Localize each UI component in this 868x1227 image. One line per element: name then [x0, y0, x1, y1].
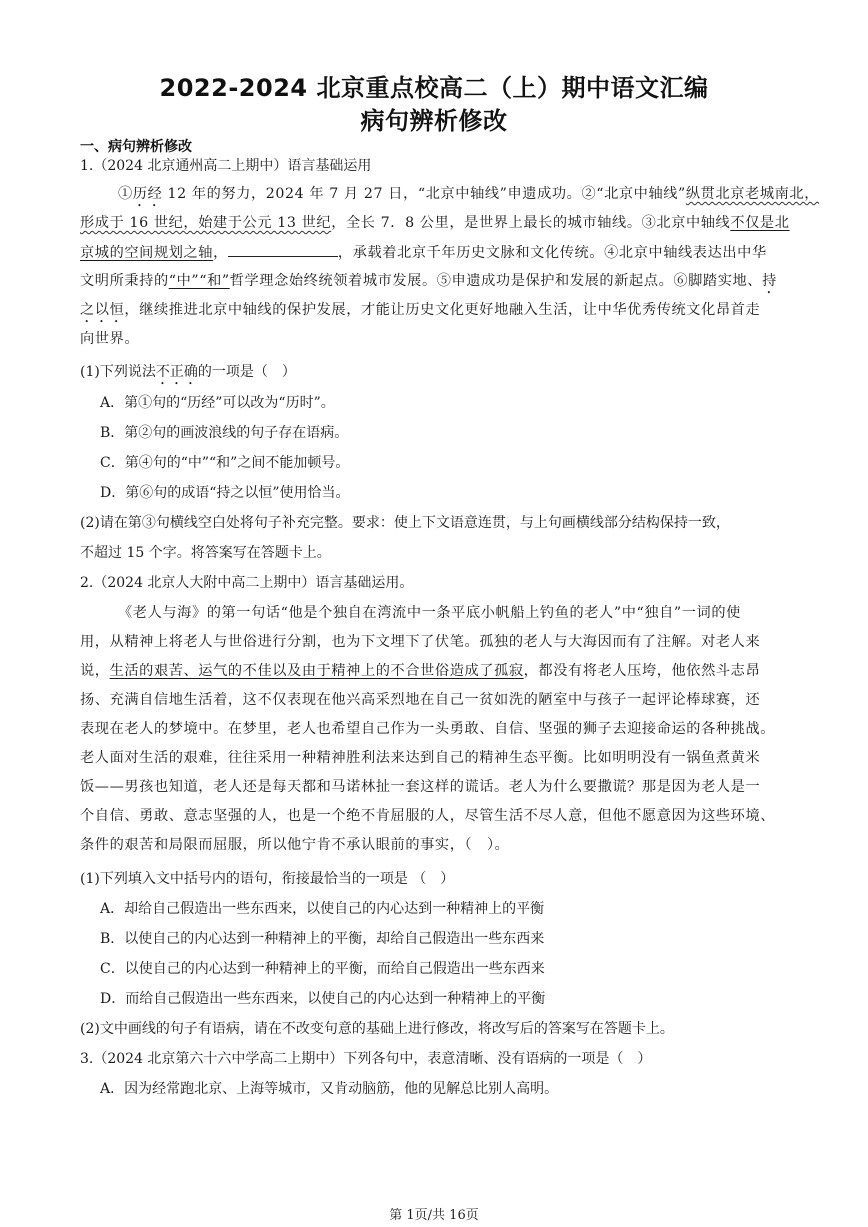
q1-option-b: B．第②句的画波浪线的句子存在语病。	[100, 423, 348, 443]
q1-passage-line-3: 京城的空间规划之轴，，承载着北京千年历史文脉和文化传统。④北京中轴线表达出中华	[80, 242, 767, 263]
text: ，全长 7．8 公里，是世界上最长的城市轴线。③北京中轴线	[331, 215, 730, 231]
q1-passage-line-2: 形成于 16 世纪，始建于公元 13 世纪，全长 7．8 公里，是世界上最长的城…	[80, 213, 790, 233]
q1-option-d: D．第⑥句的成语“持之以恒”使用恰当。	[100, 483, 350, 503]
emphasis-dots-text: 之以恒	[80, 302, 124, 318]
q2-sub2-prompt: (2)文中画线的句子有语病，请在不改变句意的基础上进行修改，将改写后的答案写在答…	[80, 1019, 674, 1039]
q2-passage-line-3: 说，生活的艰苦、运气的不佳以及由于精神上的不合世俗造成了孤寂，都没有将老人压垮，…	[80, 661, 760, 681]
q2-option-a: A．却给自己假造出一些东西来，以使自己的内心达到一种精神上的平衡	[100, 899, 544, 919]
q2-passage-line-1: 《老人与海》的第一句话“他是个独自在湾流中一条平底小帆船上钓鱼的老人”中“独自”…	[118, 603, 741, 623]
q2-passage-line-2: 用，从精神上将老人与世俗进行分割，也为下文埋下了伏笔。孤独的老人与大海因而有了注…	[80, 632, 760, 652]
underlined-text: 生活的艰苦、运气的不佳以及由于精神上的不合世俗造成了孤寂	[110, 663, 524, 679]
emphasis-dots-text: 不正确	[156, 364, 198, 380]
q3-header: 3.（2024 北京第六十六中学高二上期中）下列各句中，表意清晰、没有语病的一项…	[80, 1049, 651, 1069]
q1-passage-line-4: 文明所秉持的“中”“和”哲学理念始终统领着城市发展。⑤申遗成功是保护和发展的新起…	[80, 271, 777, 297]
q2-header: 2.（2024 北京人大附中高二上期中）语言基础运用。	[80, 573, 413, 593]
q2-option-c: C．以使自己的内心达到一种精神上的平衡，而给自己假造出一些东西来	[100, 959, 545, 979]
text: 说，	[80, 663, 110, 679]
text: (1)下列说法	[80, 364, 156, 380]
q2-passage-line-6: 老人面对生活的艰难，往往采用一种精神胜利法来达到自己的精神生态平衡。比如明明没有…	[80, 748, 760, 768]
text: ，继续推进北京中轴线的保护发展，才能让历史文化更好地融入生活，让中华优秀传统文化…	[124, 302, 760, 318]
text: 12 年的努力，2024 年 7 月 27 日，“北京中轴线”申遗成功。②“北京…	[162, 186, 686, 202]
wavy-underlined-text: 形成于 16 世纪，始建于公元 13 世纪	[80, 215, 331, 231]
underlined-text: 京城的空间规划之轴	[80, 245, 213, 261]
underlined-text: 不仅是北	[730, 215, 789, 231]
text: 的一项是（ ）	[198, 364, 296, 380]
underlined-text: “中”“和”	[169, 273, 230, 289]
q1-option-a: A．第①句的“历经”可以改为“历时”。	[100, 393, 335, 413]
text: 文明所秉持的	[80, 273, 169, 289]
wavy-underlined-text: 纵贯北京老城南北，	[686, 186, 819, 202]
q3-option-a: A．因为经常跑北京、上海等城市，又肯动脑筋，他的见解总比别人高明。	[100, 1079, 558, 1099]
page-indicator: 第 1页/共 16页	[0, 1204, 868, 1223]
q2-sub1-prompt: (1)下列填入文中括号内的语句，衔接最恰当的一项是 （ ）	[80, 869, 454, 889]
q1-sub1-prompt: (1)下列说法不正确的一项是（ ）	[80, 362, 296, 388]
q2-passage-line-5: 表现在老人的梦境中。在梦里，老人也希望自己作为一头勇敢、自信、坚强的狮子去迎接命…	[80, 719, 775, 739]
text: 哲学理念始终统领着城市发展。⑤申遗成功是保护和发展的新起点。⑥脚踏实地、	[230, 273, 762, 289]
q2-passage-line-9: 条件的艰苦和局限而屈服，所以他宁肯不承认眼前的事实，（ ）。	[80, 835, 509, 855]
q2-passage-line-4: 扬、充满自信地生活着，这不仅表现在他兴高采烈地在自己一贫如洗的陋室中与孩子一起评…	[80, 690, 760, 710]
q1-passage-line-1: ①历经 12 年的努力，2024 年 7 月 27 日，“北京中轴线”申遗成功。…	[118, 184, 819, 210]
emphasis-dots-text: 持	[762, 273, 777, 289]
q2-option-d: D．而给自己假造出一些东西来，以使自己的内心达到一种精神上的平衡	[100, 989, 545, 1009]
document-title: 2022-2024 北京重点校高二（上）期中语文汇编	[0, 68, 868, 103]
q1-sub2-line-1: (2)请在第③句横线空白处将句子补充完整。要求：使上下文语意连贯，与上句画横线部…	[80, 513, 730, 533]
text: ，承载着北京千年历史文脉和文化传统。④北京中轴线表达出中华	[338, 245, 767, 261]
text: ，都没有将老人压垮，他依然斗志昂	[524, 663, 761, 679]
emphasis-dots-text: 历经	[133, 186, 163, 202]
text: ①	[118, 186, 133, 202]
q2-passage-line-8: 个自信、勇敢、意志坚强的人，也是一个绝不肯屈服的人，尽管生活不尽人意，但他不愿意…	[80, 806, 775, 826]
text: ，	[213, 245, 228, 261]
q1-option-c: C．第④句的“中”“和”之间不能加顿号。	[100, 453, 349, 473]
q2-passage-line-7: 饭——男孩也知道，老人还是每天都和马诺林扯一套这样的谎话。老人为什么要撒谎？那是…	[80, 777, 760, 797]
q1-passage-line-5: 之以恒，继续推进北京中轴线的保护发展，才能让历史文化更好地融入生活，让中华优秀传…	[80, 300, 760, 326]
answer-blank	[228, 242, 338, 257]
q2-option-b: B．以使自己的内心达到一种精神上的平衡，却给自己假造出一些东西来	[100, 929, 544, 949]
section-heading: 一、病句辨析修改	[80, 136, 192, 156]
q1-sub2-line-2: 不超过 15 个字。将答案写在答题卡上。	[80, 543, 331, 563]
document-subtitle: 病句辨析修改	[0, 101, 868, 136]
q1-header: 1.（2024 北京通州高二上期中）语言基础运用	[80, 156, 371, 176]
q1-passage-line-6: 向世界。	[80, 329, 139, 349]
